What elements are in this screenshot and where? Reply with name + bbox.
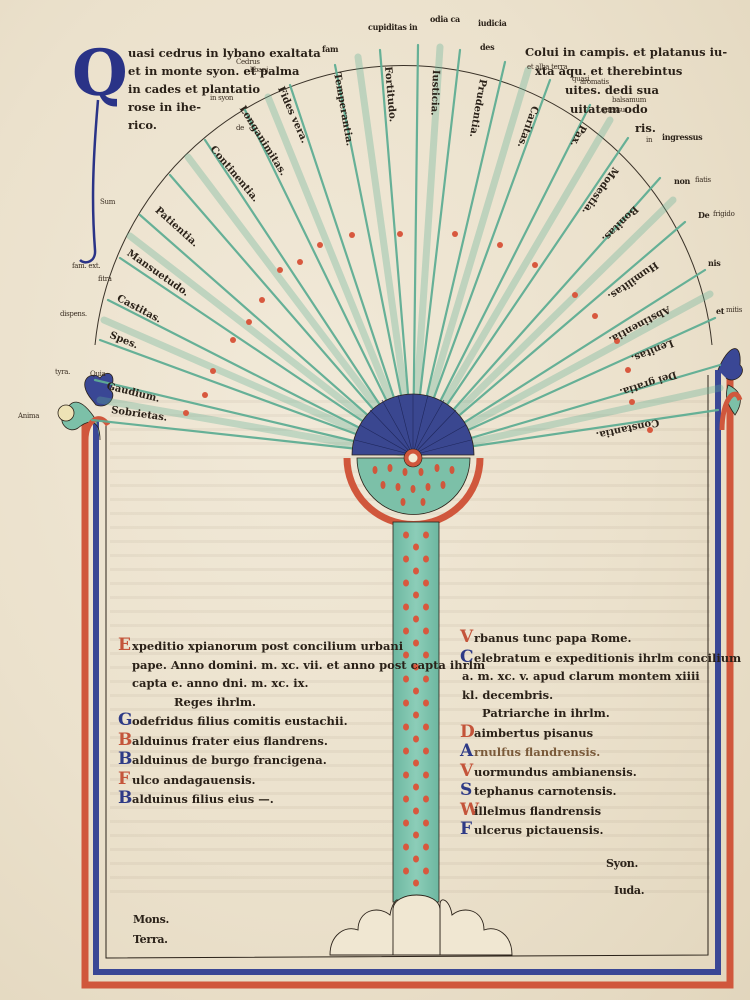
- gloss: ingressus: [662, 132, 702, 142]
- crown-label: cupiditas in: [368, 22, 417, 32]
- prose-line: et in monte syon. et palma: [128, 62, 321, 80]
- margin-label: frigido: [713, 210, 735, 218]
- margin-label: fam. ext.: [72, 262, 100, 270]
- margin-label: fitra: [98, 275, 112, 283]
- margin-label: De: [698, 210, 709, 220]
- mount-syon: [330, 895, 512, 955]
- patriarch-entry: Vuormundus ambianensis.: [460, 762, 741, 782]
- patriarch-entry: Willelmus flandrensis: [460, 801, 741, 821]
- margin-label: tyra.: [55, 368, 70, 376]
- gloss: gressu: [603, 106, 625, 114]
- king-entry: Balduinus de burgo francigena.: [118, 750, 485, 770]
- label-iuda: Iuda.: [614, 884, 644, 897]
- margin-label: et: [716, 306, 724, 316]
- gloss: aromatis: [580, 78, 609, 86]
- prose-line: uasi cedrus in lybano exaltata: [128, 44, 321, 62]
- margin-label: Quia: [90, 370, 105, 378]
- label-syon: Syon.: [606, 857, 638, 870]
- crown-label: iudicia: [478, 18, 506, 28]
- gloss: de: [236, 124, 244, 132]
- label-terra: Terra.: [133, 933, 168, 946]
- patriarch-entry: Arnulfus flandrensis.: [460, 742, 741, 762]
- margin-label: mitis: [726, 306, 742, 314]
- margin-label: Anima: [18, 412, 39, 420]
- prose-line: Colui in campis. et platanus iu-: [525, 43, 727, 62]
- patriarchs-of-jerusalem-list: Vrbanus tunc papa Rome. Celebratum e exp…: [460, 628, 741, 840]
- section-heading: Patriarche in ihrlm.: [460, 704, 741, 723]
- patriarch-entry: Daimbertus pisanus: [460, 723, 741, 743]
- king-entry: Balduinus filius eius —.: [118, 789, 485, 809]
- gloss: et alba terra: [527, 63, 567, 71]
- king-entry: Godefridus filius comitis eustachii.: [118, 711, 485, 731]
- king-entry: Fulco andagauensis.: [118, 770, 485, 790]
- margin-label: nis: [708, 258, 720, 268]
- margin-label: Sum: [100, 198, 115, 206]
- initial-q-tail: [80, 100, 98, 262]
- intro-line: Vrbanus tunc papa Rome.: [460, 628, 741, 648]
- crown-label: fam: [322, 44, 338, 54]
- crown-bowl: [347, 449, 480, 525]
- palm-tree-illustration: [0, 0, 750, 1000]
- margin-label: dispens.: [60, 310, 87, 318]
- gloss: libani: [250, 66, 268, 74]
- gloss: Cedrus: [236, 58, 260, 66]
- crown-label: odia ca: [430, 14, 460, 24]
- upper-right-prose: Colui in campis. et platanus iu- xta aqu…: [525, 43, 727, 138]
- virtue-label: Iusticia.: [428, 70, 441, 116]
- gloss: in: [646, 136, 652, 144]
- label-mons: Mons.: [133, 913, 169, 926]
- gloss: balsamum: [612, 96, 646, 104]
- patriarch-entry: Fulcerus pictauensis.: [460, 820, 741, 840]
- intro-line: a. m. xc. v. apud clarum montem xiiii: [460, 667, 741, 686]
- initial-letter: E: [118, 636, 132, 655]
- gloss: in syon: [210, 94, 233, 102]
- crown-label: des: [480, 42, 494, 52]
- kings-of-jerusalem-list: Expeditio xpianorum post concilium urban…: [118, 636, 485, 809]
- intro-line: pape. Anno domini. m. xc. vii. et anno p…: [118, 656, 485, 675]
- margin-label: non: [674, 176, 690, 186]
- intro-line: capta e. anno dni. m. xc. ix.: [118, 674, 485, 693]
- manuscript-page: Q uasi cedrus in lybano exaltata et in m…: [0, 0, 750, 1000]
- section-heading: Reges ihrlm.: [118, 693, 485, 712]
- patriarch-entry: Stephanus carnotensis.: [460, 781, 741, 801]
- initial-q: Q: [72, 42, 128, 106]
- intro-line: Expeditio xpianorum post concilium urban…: [118, 636, 485, 656]
- king-entry: Balduinus frater eius flandrens.: [118, 731, 485, 751]
- intro-line: Celebratum e expeditionis ihrlm conciliu…: [460, 648, 741, 668]
- intro-line: kl. decembris.: [460, 686, 741, 705]
- margin-label: fiatis: [695, 176, 711, 184]
